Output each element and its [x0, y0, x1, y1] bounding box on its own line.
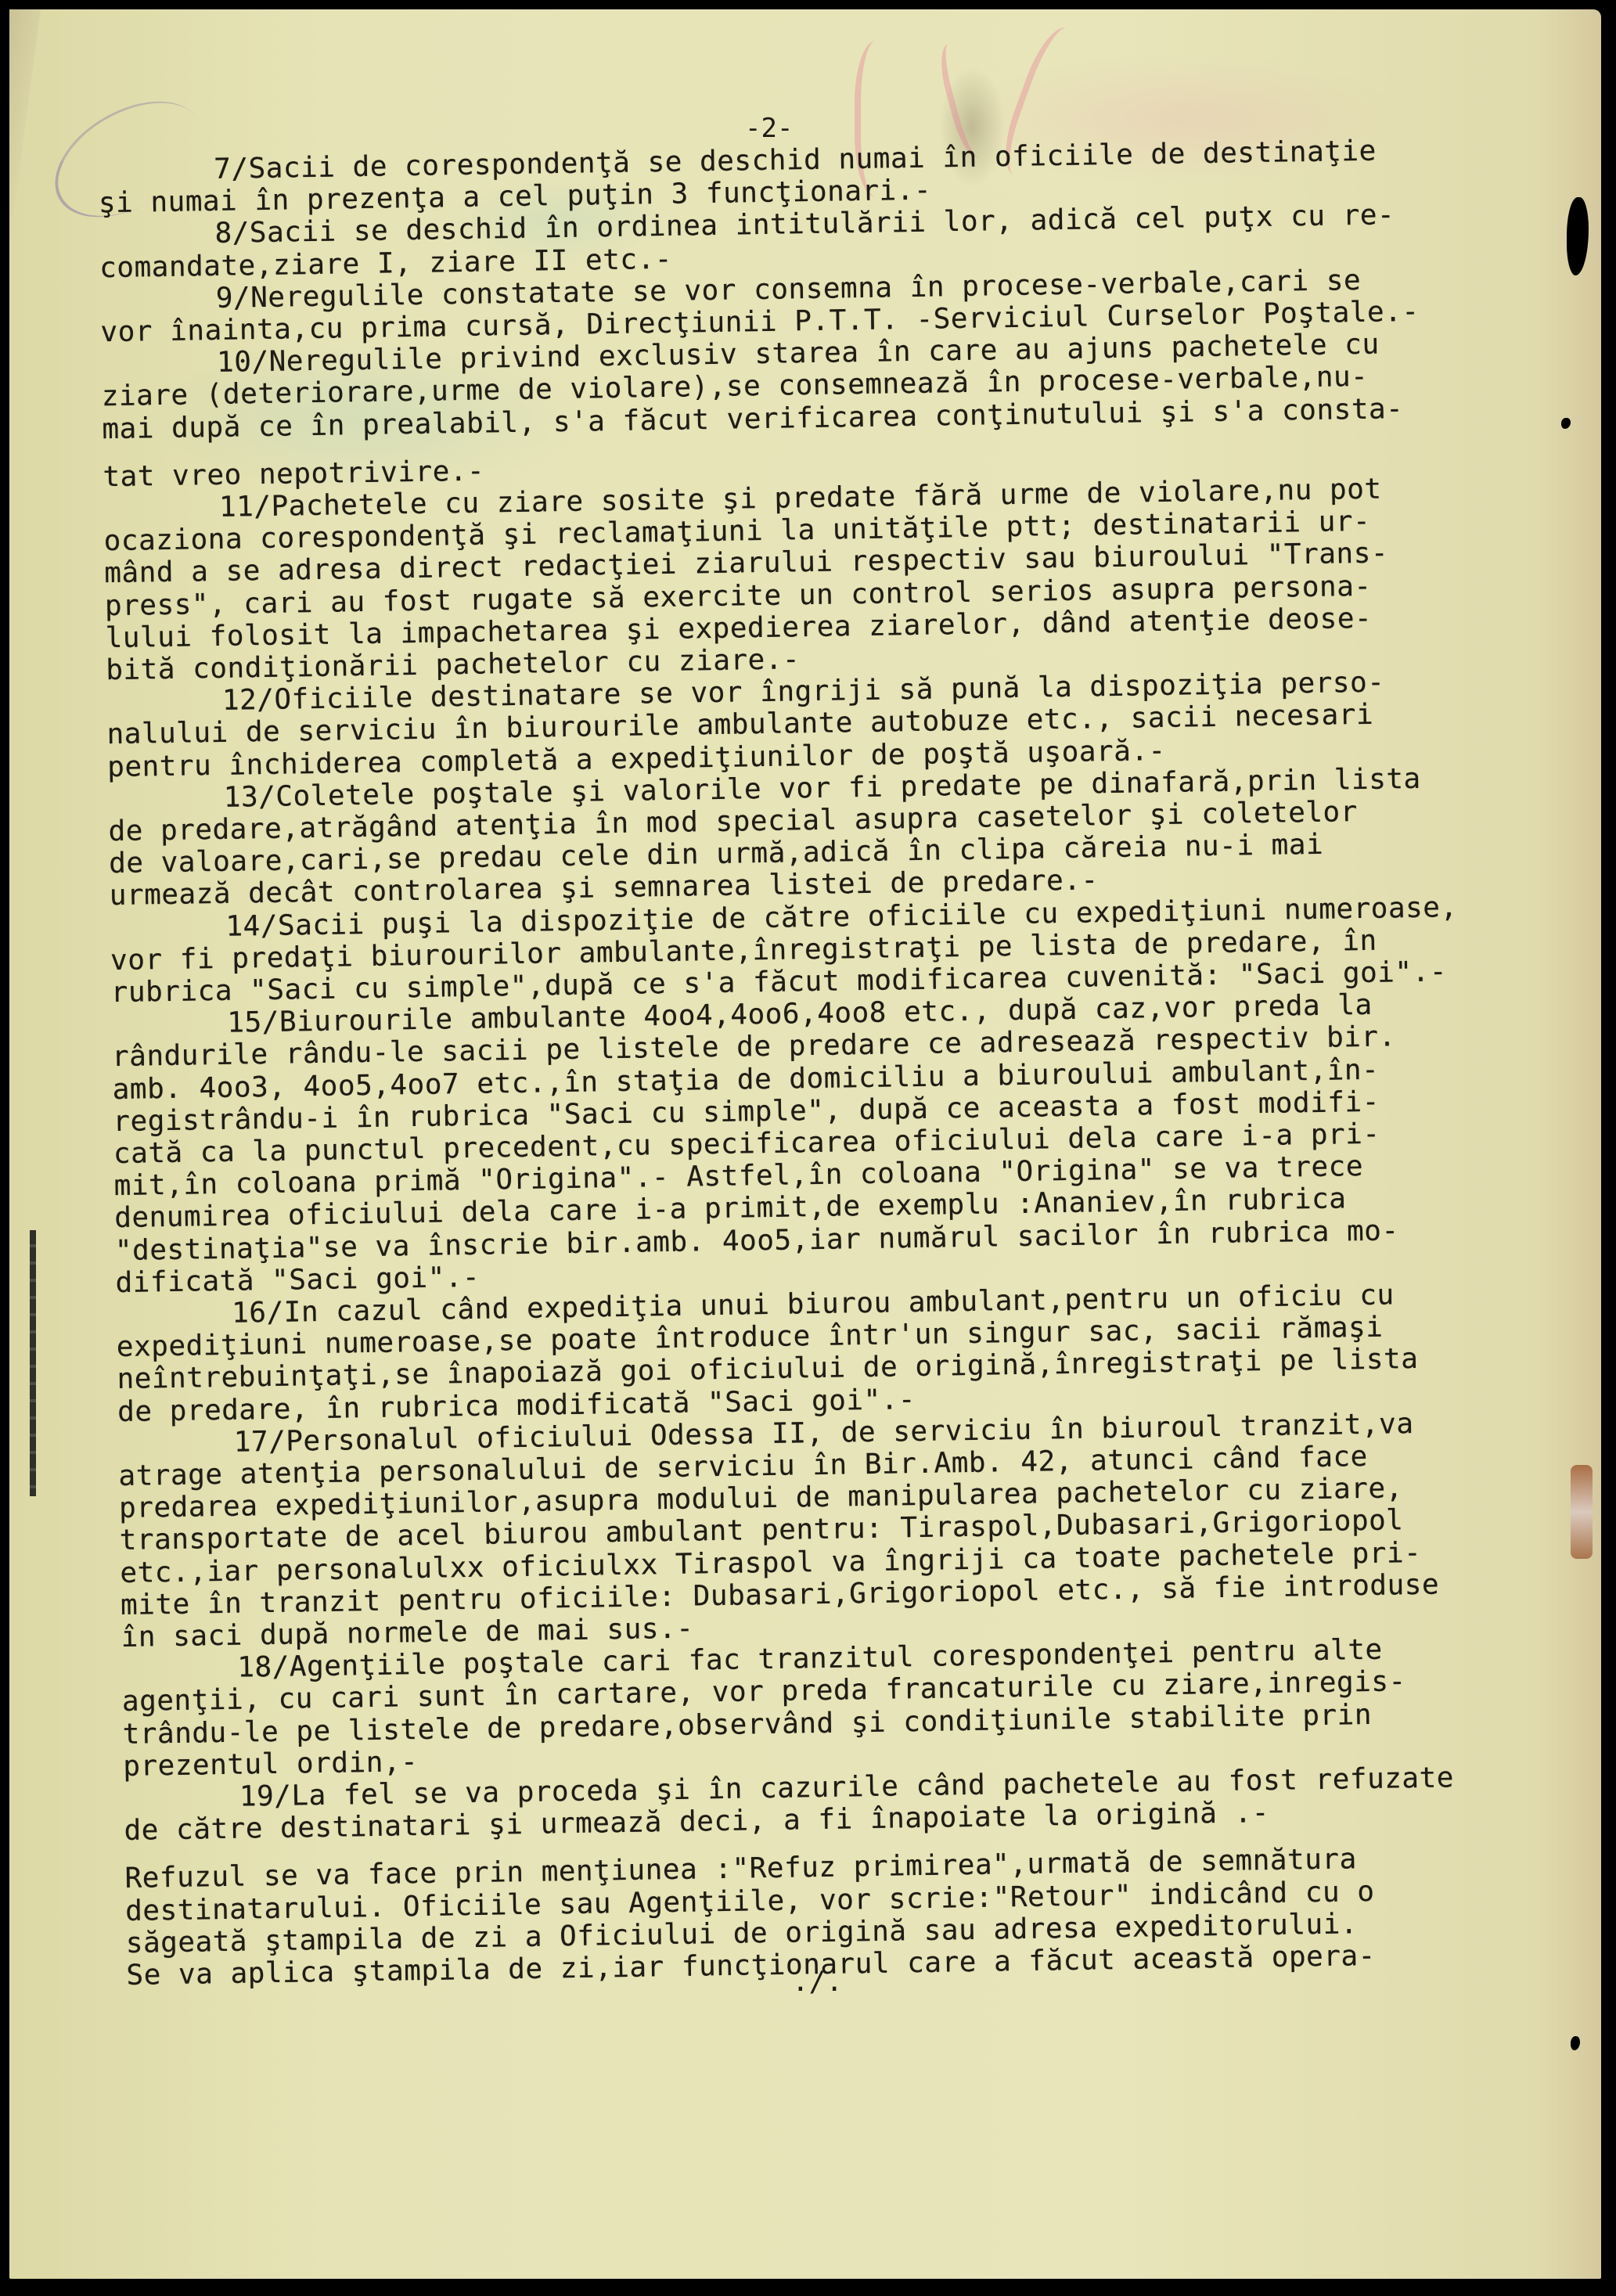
punch-hole-icon — [1571, 2036, 1580, 2050]
document-page: -2- 7/Sacii de corespondenţă se deschid … — [9, 9, 1601, 2279]
rust-staple-mark — [1571, 1465, 1593, 1559]
paragraph-line: dificată "Saci goi".- — [115, 1261, 480, 1299]
paragraph-line: prezentul ordin,- — [123, 1746, 419, 1783]
continuation-mark: ./. — [792, 1966, 843, 1998]
typewritten-body: 7/Sacii de corespondenţă se deschid numa… — [9, 0, 1601, 9]
punch-hole-icon — [1561, 418, 1571, 429]
folded-corner — [9, 9, 41, 244]
punch-hole-icon — [1567, 197, 1589, 275]
page-number: -2- — [745, 113, 793, 144]
torn-edge-mark — [30, 1230, 36, 1496]
